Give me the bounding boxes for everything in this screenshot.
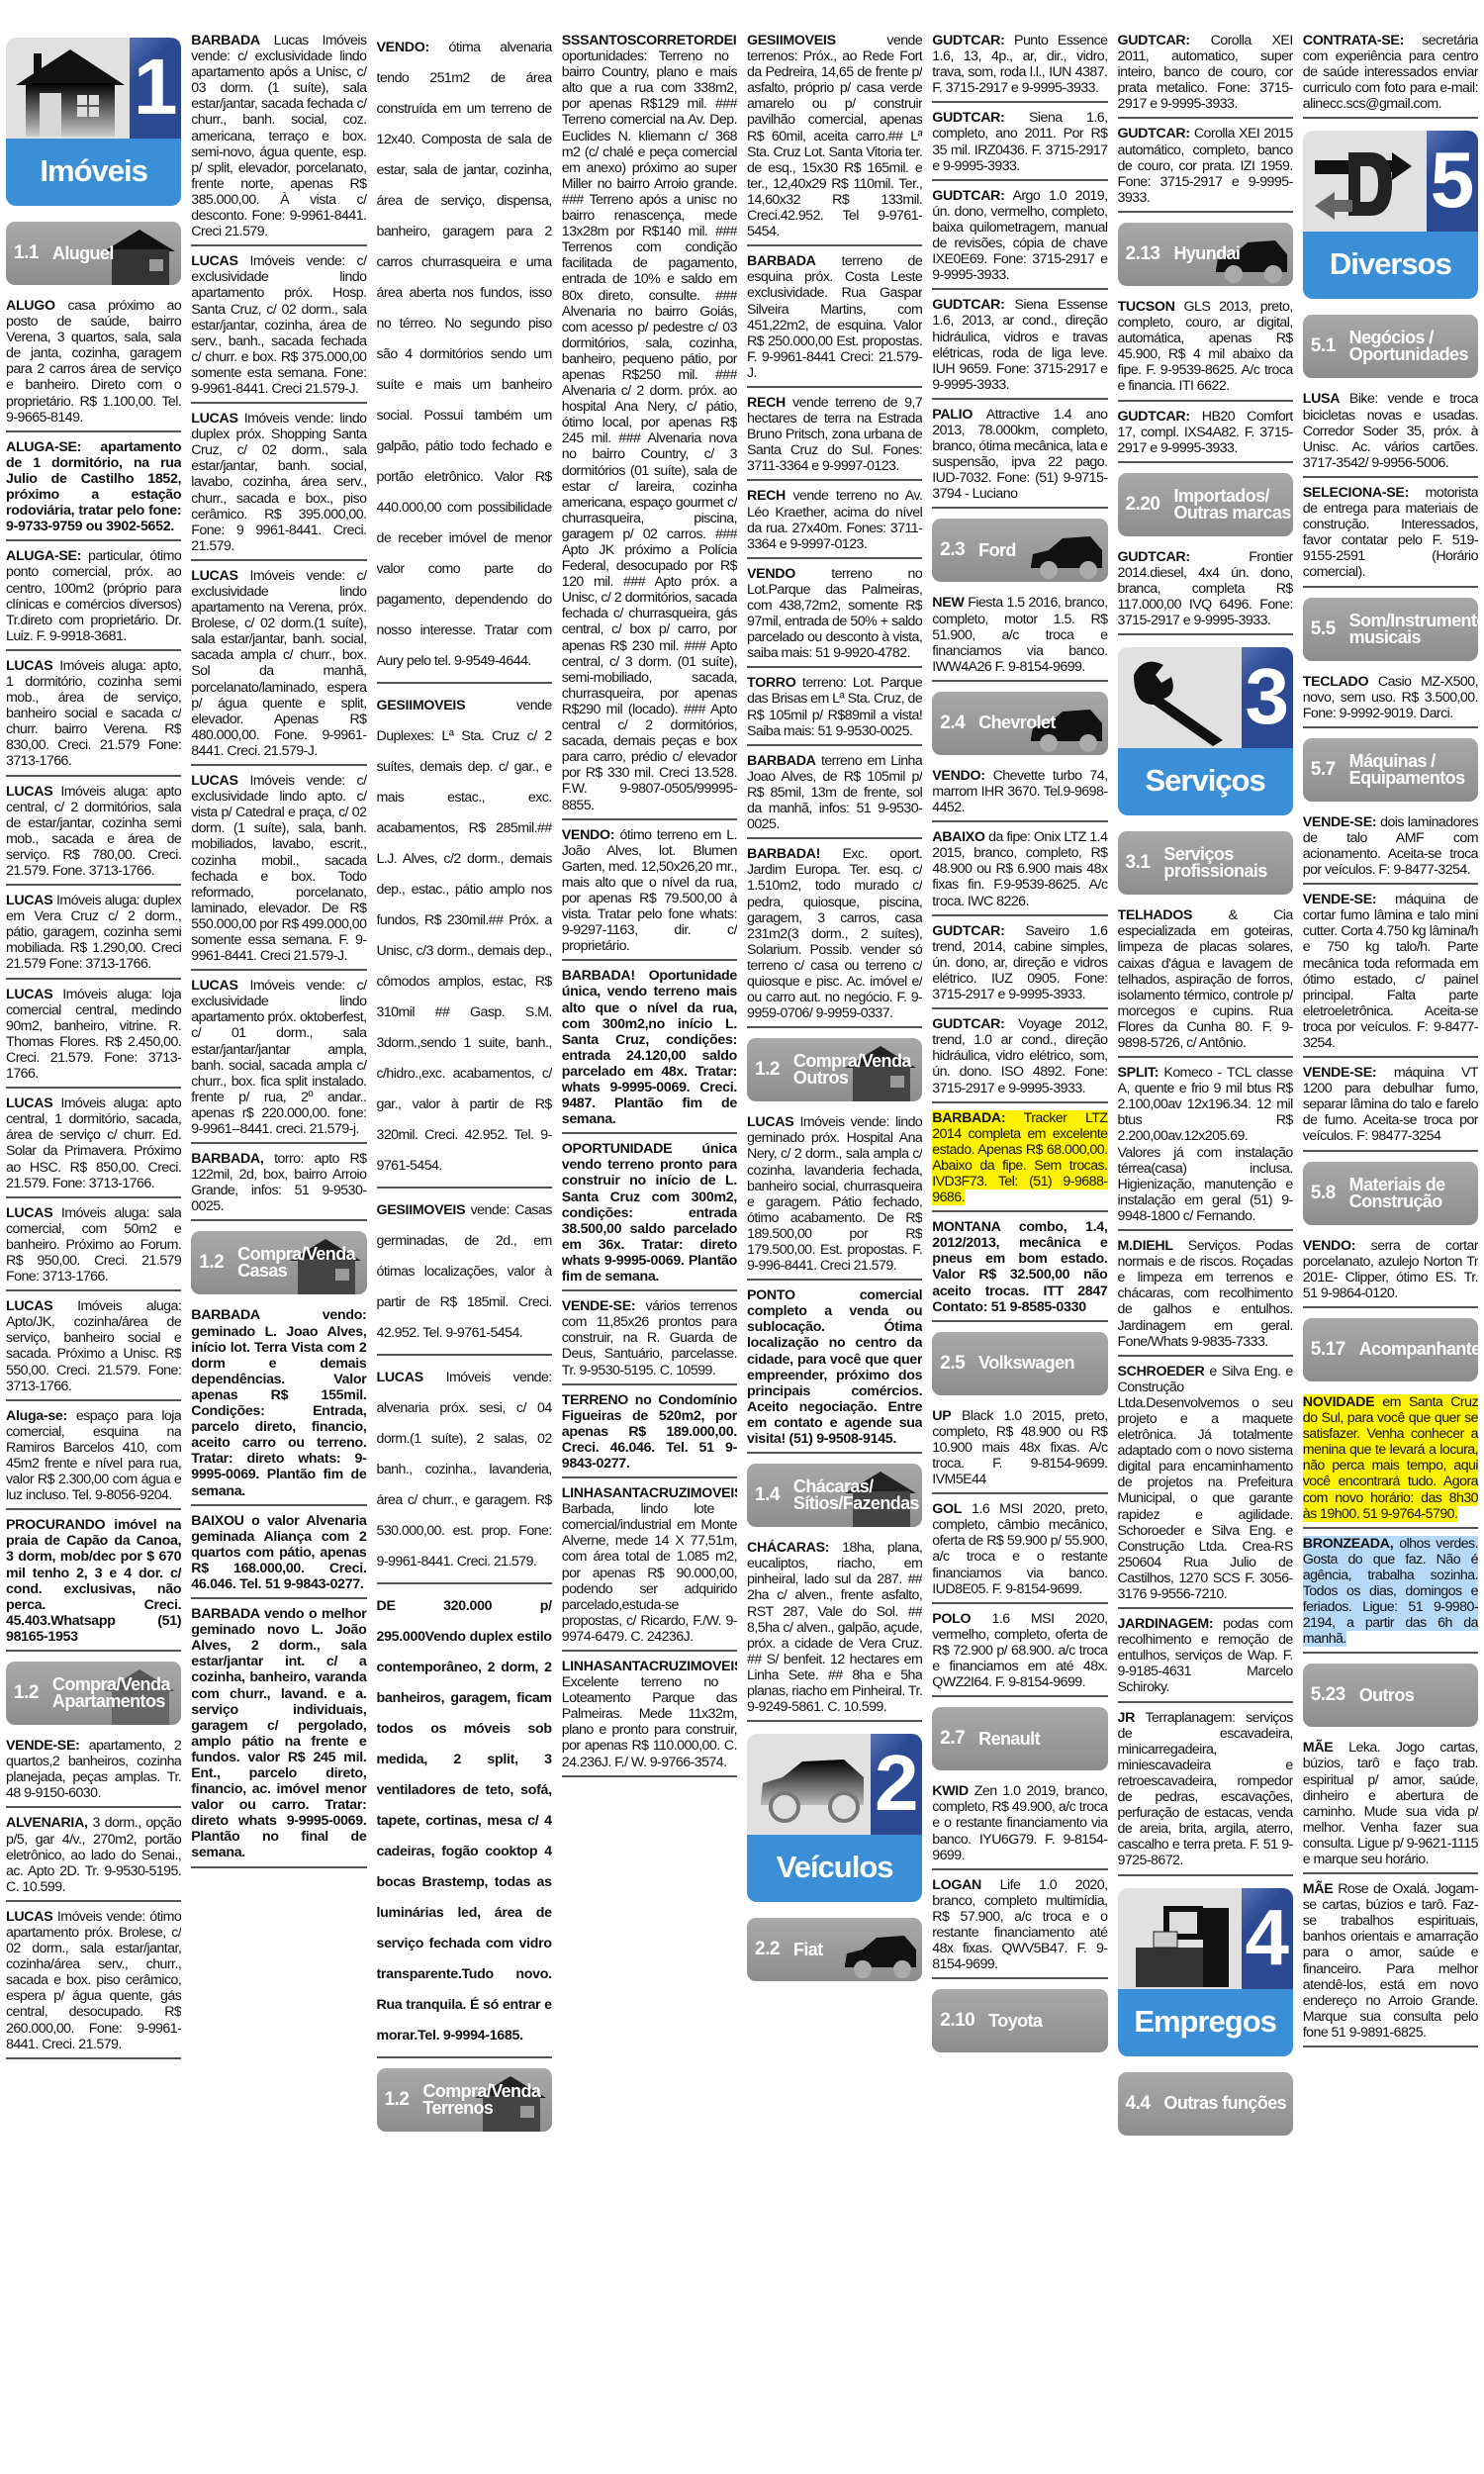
- section-title: Compra/Venda Casas: [237, 1246, 366, 1280]
- section-number: 1.2: [385, 2089, 410, 2111]
- classified-ad: DE 320.000 p/ 295.000Vendo duplex estilo…: [377, 1588, 552, 2058]
- section-title: Chácaras/ Sítios/Fazendas: [793, 1478, 922, 1512]
- classified-ad: VENDO: ótimo terreno em L. João Alves, l…: [562, 824, 737, 962]
- classified-ad: VENDE-SE: dois laminadores de talo AMF c…: [1303, 811, 1478, 885]
- section-header-terrenos: 1.2 Compra/Venda Terrenos: [377, 2068, 552, 2132]
- section-title: Negócios / Oportunidades: [1349, 330, 1478, 363]
- classified-ad: LUCAS Imóveis aluga: apto central, c/ 2 …: [6, 781, 181, 887]
- classified-ad: GOL 1.6 MSI 2020, preto, completo, câmbi…: [932, 1498, 1107, 1604]
- section-number: 1.4: [755, 1484, 780, 1506]
- section-title: Acompanhantes: [1359, 1341, 1478, 1358]
- section-title: Som/Instrumentos musicais: [1349, 613, 1478, 646]
- section-number: 5.23: [1311, 1684, 1345, 1706]
- classified-ad: PALIO Attractive 1.4 ano 2013, 78.000km,…: [932, 404, 1107, 510]
- classified-ad: LUCAS Imóveis vende: ótimo apartamento p…: [6, 1906, 181, 2059]
- section-title: Aluguel: [52, 245, 114, 262]
- classified-ad: BARBADA terreno em Linha Joao Alves, de …: [747, 750, 922, 839]
- classified-ad: GUDTCAR: Corolla XEI 2015 automático, co…: [1118, 123, 1293, 212]
- category-number: 2: [871, 1734, 922, 1835]
- section-header-renault: 2.7 Renault: [932, 1707, 1107, 1770]
- section-title: Volkswagen: [978, 1355, 1074, 1372]
- classified-ad: TERRENO no Condomínio Figueiras de 520m2…: [562, 1389, 737, 1478]
- classified-ad: TELHADOS & Cia especializada em goteiras…: [1118, 904, 1293, 1058]
- classified-ad: BARBADA terreno de esquina próx. Costa L…: [747, 250, 922, 388]
- category-banner-diversos: 5 Diversos: [1303, 131, 1478, 299]
- classifieds-page: 1 Imóveis 1.1 Aluguel ALUGO casa próximo…: [0, 0, 1484, 2474]
- column-8: CONTRATA-SE: secretária com experiência …: [1303, 30, 1478, 2474]
- section-title: Toyota: [988, 2013, 1042, 2030]
- section-number: 2.20: [1126, 494, 1160, 516]
- category-number: 1: [130, 38, 181, 139]
- section-number: 2.5: [940, 1353, 965, 1375]
- classified-ad: LUCAS Imóveis vende: c/ exclusividade li…: [191, 770, 366, 971]
- section-title: Renault: [978, 1731, 1040, 1748]
- classified-ad: SSSANTOSCORRETORDEIMÓVEISVENDE: oportuni…: [562, 30, 737, 820]
- category-number: 4: [1242, 1888, 1293, 1989]
- classified-ad: GUDTCAR: Siena 1.6, completo, ano 2011. …: [932, 107, 1107, 180]
- classified-ad: CHÁCARAS: 18ha, plana, eucaliptos, riach…: [747, 1537, 922, 1722]
- classified-ad: GUDTCAR: Corolla XEI 2011, automatico, s…: [1118, 30, 1293, 119]
- classified-ad: TORRO terreno: Lot. Parque das Brisas em…: [747, 672, 922, 745]
- classified-ad: VENDO: ótima alvenaria tendo 251m2 de ár…: [377, 30, 552, 684]
- classified-ad: GUDTCAR: Punto Essence 1.6, 13, 4p., ar,…: [932, 30, 1107, 103]
- classified-ad: VENDE-SE: vários terrenos com 11,85x26 p…: [562, 1295, 737, 1384]
- classified-ad: TUCSON GLS 2013, preto, completo, couro,…: [1118, 296, 1293, 402]
- classified-ad: GESIIMOVEIS vende Duplexes: Lª Sta. Cruz…: [377, 688, 552, 1189]
- classified-ad: VENDE-SE: máquina VT 1200 para debulhar …: [1303, 1062, 1478, 1151]
- section-number: 1.1: [14, 242, 39, 264]
- section-number: 2.13: [1126, 243, 1160, 265]
- section-number: 1.2: [755, 1059, 780, 1081]
- classified-ad: JR Terraplanagem: serviços de escavadeir…: [1118, 1707, 1293, 1876]
- classified-ad: PONTO comercial completo a venda ou subl…: [747, 1285, 922, 1454]
- classified-ad: GESIIMOVEIS vende terrenos: Próx., ao Re…: [747, 30, 922, 246]
- classified-ad: CONTRATA-SE: secretária com experiência …: [1303, 30, 1478, 119]
- category-label: Serviços: [1118, 748, 1293, 815]
- classified-ad: SELECIONA-SE: motorista de entrega para …: [1303, 482, 1478, 588]
- classified-ad: BARBADA! Oportunidade única, vendo terre…: [562, 965, 737, 1134]
- section-header-apartamentos: 1.2 Compra/Venda Apartamentos: [6, 1662, 181, 1725]
- classified-ad: KWID Zen 1.0 2019, branco, completo, R$ …: [932, 1780, 1107, 1869]
- classified-ad: M.DIEHL Serviços. Podas normais e de ris…: [1118, 1235, 1293, 1357]
- classified-ad: LUCAS Imóveis aluga: duplex em Vera Cruz…: [6, 890, 181, 979]
- section-header-outros-diversos: 5.23 Outros: [1303, 1664, 1478, 1727]
- classified-ad: RECH vende terreno no Av. Léo Kraether, …: [747, 485, 922, 558]
- column-7: GUDTCAR: Corolla XEI 2011, automatico, s…: [1118, 30, 1293, 2474]
- classified-ad: LUCAS Imóveis vende: c/ exclusividade li…: [191, 565, 366, 766]
- category-label: Veículos: [747, 1835, 922, 1902]
- classified-ad: MÃE Rose de Oxalá. Jogam-se cartas, búzi…: [1303, 1878, 1478, 2047]
- section-header-servicos-profissionais: 3.1 Serviços profissionais: [1118, 831, 1293, 895]
- classified-ad: BARBADA Lucas Imóveis vende: c/ exclusiv…: [191, 30, 366, 246]
- category-banner-empregos: 4 Empregos: [1118, 1888, 1293, 2056]
- classified-ad: MONTANA combo, 1.4, 2012/2013, mecânica …: [932, 1216, 1107, 1322]
- section-number: 2.2: [755, 1939, 780, 1960]
- classified-ad: POLO 1.6 MSI 2020, vermelho, completo, o…: [932, 1608, 1107, 1697]
- classified-ad: NEW Fiesta 1.5 2016, branco, completo, m…: [932, 592, 1107, 681]
- classified-ad: LUCAS Imóveis vende: alvenaria próx. ses…: [377, 1360, 552, 1584]
- section-number: 2.10: [940, 2010, 974, 2032]
- category-banner-veiculos: 2 Veículos: [747, 1734, 922, 1902]
- classified-ad: LUCAS Imóveis vende: lindo duplex próx. …: [191, 408, 366, 561]
- classified-ad: SCHROEDER e Silva Eng. e Construção Ltda…: [1118, 1361, 1293, 1609]
- classified-ad: BARBADA! Exc. oport. Jardim Europa. Ter.…: [747, 843, 922, 1028]
- d-arrows-icon: [1309, 139, 1426, 230]
- classified-ad: LUCAS Imóveis vende: c/ exclusividade li…: [191, 975, 366, 1144]
- car-icon: [1027, 523, 1104, 582]
- category-banner-servicos: 3 Serviços: [1118, 647, 1293, 815]
- classified-ad: ALVENARIA, 3 dorm., opção p/5, gar 4/v.,…: [6, 1812, 181, 1901]
- classified-ad: BARBADA vendo: geminado L. Joao Alves, i…: [191, 1304, 366, 1505]
- classified-ad: BAIXOU o valor Alvenaria geminada Alianç…: [191, 1510, 366, 1599]
- classified-ad: UP Black 1.0 2015, preto, completo, R$ 4…: [932, 1405, 1107, 1494]
- classified-ad: BARBADA vendo o melhor geminado novo L. …: [191, 1603, 366, 1868]
- classified-ad: BARBADA, torro: apto R$ 122mil, 2d, box,…: [191, 1148, 366, 1221]
- section-number: 2.7: [940, 1728, 965, 1750]
- classified-ad: ALUGA-SE: apartamento de 1 dormitório, n…: [6, 436, 181, 542]
- section-header-outras-funcoes: 4.4 Outras funções: [1118, 2072, 1293, 2136]
- section-header-outros: 1.2 Compra/Venda Outros: [747, 1038, 922, 1101]
- section-number: 5.7: [1311, 759, 1336, 781]
- classified-ad: LINHASANTACRUZIMOVEIS: Excelente terreno…: [562, 1656, 737, 1777]
- section-title: Máquinas / Equipamentos: [1349, 753, 1478, 787]
- classified-ad: ALUGO casa próximo ao posto de saúde, ba…: [6, 295, 181, 432]
- section-number: 5.17: [1311, 1339, 1345, 1361]
- classified-ad: VENDO: serra de cortar porcelanato, azul…: [1303, 1235, 1478, 1308]
- classified-ad-highlighted: BARBADA: Tracker LTZ 2014 completa em ex…: [932, 1107, 1107, 1213]
- section-title: Fiat: [793, 1942, 823, 1958]
- section-header-toyota: 2.10 Toyota: [932, 1989, 1107, 2052]
- classified-ad: LUSA Bike: vende e troca bicicletas nova…: [1303, 388, 1478, 477]
- section-header-fiat: 2.2 Fiat: [747, 1918, 922, 1981]
- section-number: 5.5: [1311, 618, 1336, 640]
- classified-ad: LOGAN Life 1.0 2020, branco, completo mu…: [932, 1874, 1107, 1980]
- section-title: Compra/Venda Terrenos: [422, 2083, 551, 2117]
- section-header-hyundai: 2.13 Hyundai: [1118, 223, 1293, 286]
- classified-ad: MÃE Leka. Jogo cartas, búzios, tarô e fa…: [1303, 1737, 1478, 1874]
- classified-ad: LUCAS Imóveis aluga: apto central, 1 dor…: [6, 1093, 181, 1198]
- classified-ad: TECLADO Casio MZ-X500, novo, sem uso. R$…: [1303, 671, 1478, 728]
- column-4: SSSANTOSCORRETORDEIMÓVEISVENDE: oportuni…: [562, 30, 737, 2474]
- column-5: GESIIMOVEIS vende terrenos: Próx., ao Re…: [747, 30, 922, 2474]
- classified-ad: LUCAS Imóveis vende: c/ exclusividade li…: [191, 250, 366, 404]
- section-header-chevrolet: 2.4 Chevrolet: [932, 692, 1107, 755]
- classified-ad: LINHASANTACRUZIMOVEIS: Barbada, lindo lo…: [562, 1482, 737, 1652]
- section-title: Materiais de Construção: [1349, 1177, 1478, 1210]
- section-number: 5.1: [1311, 335, 1336, 357]
- classified-ad: VENDO: Chevette turbo 74, marrom IHR 367…: [932, 765, 1107, 822]
- section-header-casas: 1.2 Compra/Venda Casas: [191, 1231, 366, 1294]
- classified-ad: GUDTCAR: Siena Essense 1.6, 2013, ar con…: [932, 294, 1107, 400]
- section-number: 1.2: [14, 1682, 39, 1704]
- section-title: Serviços profissionais: [1163, 846, 1292, 880]
- section-title: Outras funções: [1163, 2095, 1286, 2112]
- section-number: 2.3: [940, 539, 965, 561]
- classified-ad: GUDTCAR: HB20 Comfort 17, compl. IXS4A82…: [1118, 406, 1293, 463]
- classified-ad: SPLIT: Komeco - TCL classe A, quente e f…: [1118, 1062, 1293, 1231]
- classified-ad: GUDTCAR: Frontier 2014.diesel, 4x4 ún. d…: [1118, 546, 1293, 635]
- ads-list: VENDE-SE: apartamento, 2 quartos,2 banhe…: [6, 1735, 181, 2063]
- column-2: BARBADA Lucas Imóveis vende: c/ exclusiv…: [191, 30, 366, 2474]
- classified-ad: Aluga-se: espaço para loja comercial, es…: [6, 1405, 181, 1511]
- section-header-aluguel: 1.1 Aluguel: [6, 222, 181, 285]
- car-icon: [841, 1922, 918, 1981]
- classified-ad: VENDO terreno no Lot.Parque das Palmeira…: [747, 563, 922, 669]
- classified-ad: GUDTCAR: Saveiro 1.6 trend, 2014, cabine…: [932, 920, 1107, 1009]
- section-header-volkswagen: 2.5 Volkswagen: [932, 1332, 1107, 1395]
- category-banner-imoveis: 1 Imóveis: [6, 38, 181, 206]
- classified-ad: VENDE-SE: apartamento, 2 quartos,2 banhe…: [6, 1735, 181, 1808]
- section-header-negocios: 5.1 Negócios / Oportunidades: [1303, 315, 1478, 378]
- column-3: VENDO: ótima alvenaria tendo 251m2 de ár…: [377, 30, 552, 2474]
- classified-ad: GESIIMOVEIS vende: Casas germinadas, de …: [377, 1192, 552, 1356]
- section-header-acompanhantes: 5.17 Acompanhantes: [1303, 1318, 1478, 1381]
- classified-ad: GUDTCAR: Argo 1.0 2019, ún. dono, vermel…: [932, 185, 1107, 291]
- classified-ad: PROCURANDO imóvel na praia de Capão da C…: [6, 1514, 181, 1652]
- section-title: Hyundai: [1173, 245, 1240, 262]
- wrench-icon: [1124, 655, 1241, 746]
- section-header-chacaras: 1.4 Chácaras/ Sítios/Fazendas: [747, 1464, 922, 1527]
- classified-ad: LUCAS Imóveis aluga: sala comercial, com…: [6, 1202, 181, 1291]
- section-header-materiais: 5.8 Materiais de Construção: [1303, 1162, 1478, 1225]
- section-number: 5.8: [1311, 1183, 1336, 1204]
- classified-ad: ALUGA-SE: particular, ótimo ponto comerc…: [6, 545, 181, 651]
- classified-ad: RECH vende terreno de 9,7 hectares de te…: [747, 392, 922, 481]
- section-number: 1.2: [199, 1252, 224, 1274]
- category-number: 5: [1427, 131, 1478, 232]
- section-header-importados: 2.20 Importados/ Outras marcas: [1118, 473, 1293, 536]
- classified-ad: VENDE-SE: máquina de cortar fumo lâmina …: [1303, 889, 1478, 1058]
- category-label: Diversos: [1303, 232, 1478, 299]
- section-number: 4.4: [1126, 2093, 1151, 2115]
- car-icon: [753, 1742, 870, 1833]
- classified-ad: OPORTUNIDADE única vendo terreno pronto …: [562, 1138, 737, 1291]
- classified-ad: LUCAS Imóveis aluga: apto, 1 dormitório,…: [6, 655, 181, 777]
- classified-ad-highlighted: BRONZEADA, olhos verdes. Gosta do que fa…: [1303, 1533, 1478, 1655]
- section-header-som: 5.5 Som/Instrumentos musicais: [1303, 598, 1478, 661]
- section-number: 2.4: [940, 713, 965, 734]
- house-icon: [12, 46, 129, 137]
- section-title: Importados/ Outras marcas: [1173, 488, 1292, 522]
- section-title: Ford: [978, 542, 1016, 559]
- section-number: 3.1: [1126, 852, 1151, 874]
- classified-ad: LUCAS Imóveis aluga: Apto/JK, cozinha/ár…: [6, 1295, 181, 1401]
- section-header-maquinas: 5.7 Máquinas / Equipamentos: [1303, 738, 1478, 802]
- classified-ad: LUCAS Imóveis aluga: loja comercial cent…: [6, 984, 181, 1090]
- classified-ad: GUDTCAR: Voyage 2012, trend, 1.0 ar cond…: [932, 1013, 1107, 1102]
- ads-list: ALUGO casa próximo ao posto de saúde, ba…: [6, 295, 181, 1656]
- column-6: GUDTCAR: Punto Essence 1.6, 13, 4p., ar,…: [932, 30, 1107, 2474]
- classified-ad: LUCAS Imóveis vende: lindo geminado próx…: [747, 1111, 922, 1281]
- section-title: Compra/Venda Outros: [793, 1053, 922, 1087]
- classified-ad: ABAIXO da fipe: Onix LTZ 1.4 2015, branc…: [932, 826, 1107, 915]
- category-label: Imóveis: [6, 139, 181, 206]
- column-1: 1 Imóveis 1.1 Aluguel ALUGO casa próximo…: [6, 30, 181, 2474]
- category-number: 3: [1242, 647, 1293, 748]
- section-title: Compra/Venda Apartamentos: [52, 1676, 181, 1710]
- category-label: Empregos: [1118, 1989, 1293, 2056]
- office-icon: [1124, 1896, 1241, 1987]
- section-title: Chevrolet: [978, 714, 1056, 731]
- section-header-ford: 2.3 Ford: [932, 519, 1107, 582]
- classified-ad: JARDINAGEM: podas com recolhimento e rem…: [1118, 1613, 1293, 1702]
- section-title: Outros: [1359, 1687, 1414, 1704]
- classified-ad-highlighted: NOVIDADE em Santa Cruz do Sul, para você…: [1303, 1391, 1478, 1529]
